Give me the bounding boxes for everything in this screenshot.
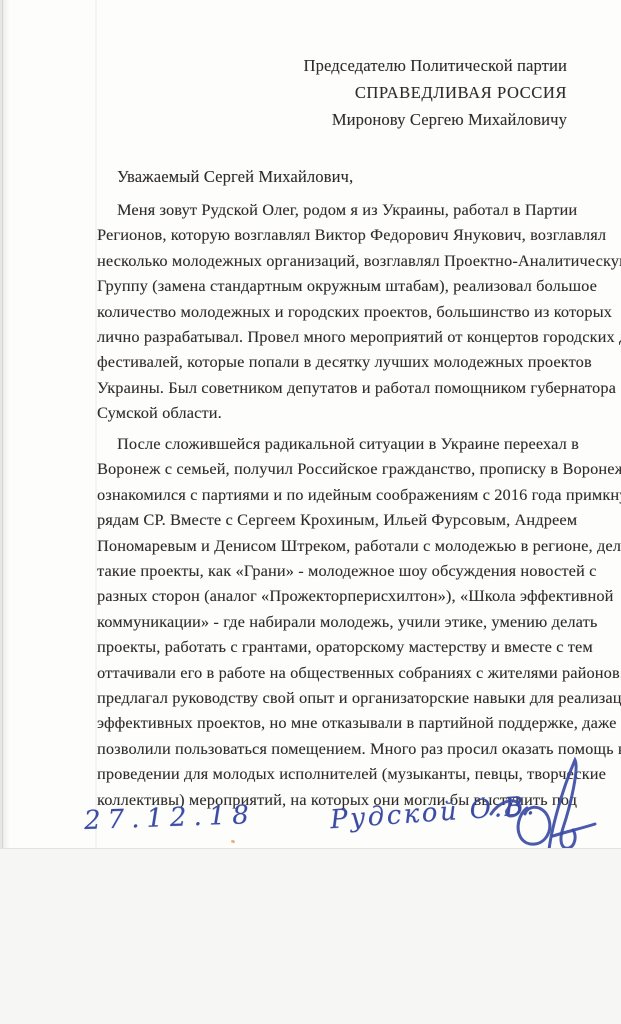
- scan-background: [0, 848, 621, 1024]
- recipient-line-person: Миронову Сергею Михайловичу: [304, 106, 567, 133]
- dust-speck: [231, 839, 236, 843]
- recipient-line-title: Председателю Политической партии: [304, 52, 567, 79]
- handwritten-date: 27.12.18: [84, 800, 257, 836]
- salutation: Уважаемый Сергей Михайлович,: [117, 164, 353, 189]
- letter-paragraph-1: Меня зовут Рудской Олег, родом я из Укра…: [97, 197, 621, 426]
- recipient-block: Председателю Политической партии СПРАВЕД…: [304, 52, 567, 133]
- signature-flourish-icon: [487, 752, 599, 860]
- recipient-line-party: СПРАВЕДЛИВАЯ РОССИЯ: [304, 79, 567, 106]
- scanned-letter-page: Председателю Политической партии СПРАВЕД…: [0, 0, 621, 848]
- scan-edge-line: [2, 0, 3, 848]
